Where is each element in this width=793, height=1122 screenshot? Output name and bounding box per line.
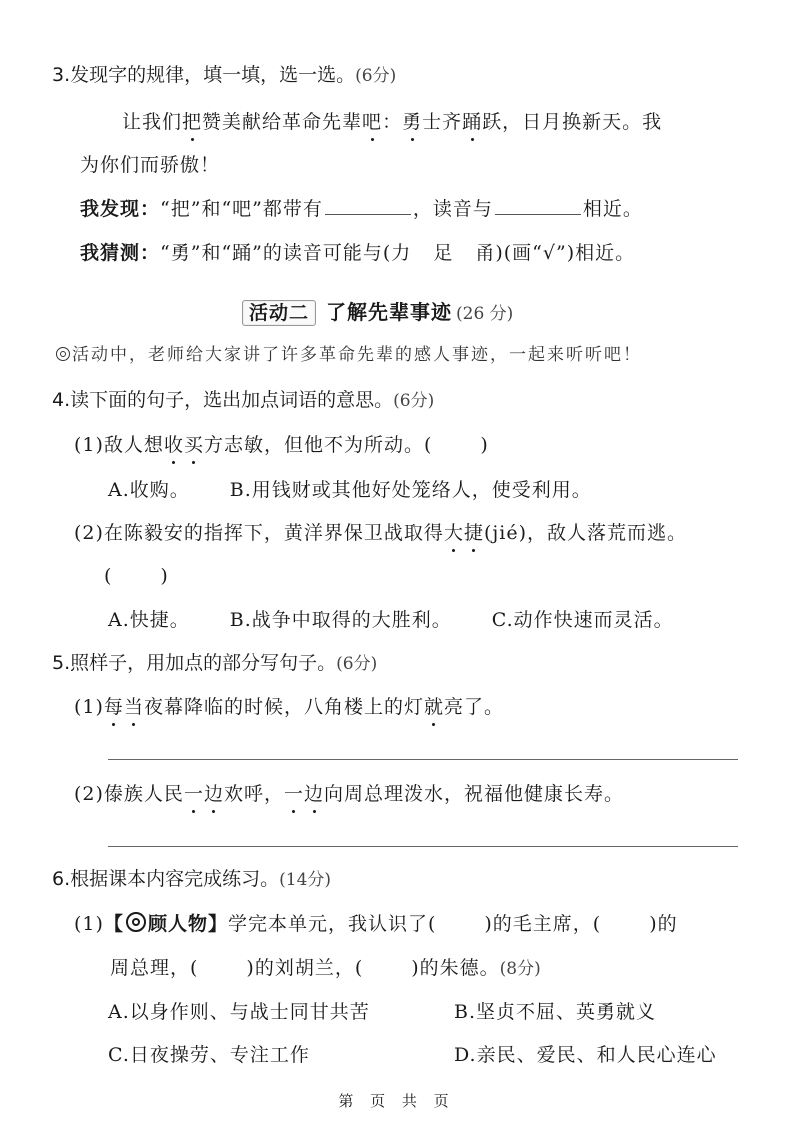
passage-text: 让我们 (122, 111, 182, 133)
dotted-char: 边 (204, 781, 224, 807)
item-text: 向周总理泼水，祝福他健康长寿。 (324, 783, 624, 805)
guess-text: )(画“√”)相近。 (495, 242, 635, 264)
bracket-open: 【 (104, 913, 124, 935)
item-label: (1) (74, 913, 104, 935)
q6-number: 6. (52, 868, 70, 890)
guess-option[interactable]: 力 (391, 242, 411, 264)
option-a[interactable]: A.快捷。 (108, 609, 190, 631)
passage-text: 跃，日月换新天。我 (482, 111, 662, 133)
q5-score: (6分) (336, 654, 377, 674)
item-text: 夜幕降临的时候，八角楼上的灯 (144, 696, 424, 718)
item-text: 学完本单元，我认识了( (228, 913, 436, 935)
q5-heading: 5.照样子，用加点的部分写句子。(6分) (52, 650, 377, 677)
q5-item1: (1)每当夜幕降临的时候，八角楼上的灯就亮了。 (74, 694, 504, 720)
dotted-char: 当 (124, 694, 144, 720)
dotted-char: 收 (164, 432, 184, 458)
dotted-char: 捷 (464, 520, 484, 546)
dotted-char: 把 (182, 109, 202, 135)
q6-options-row1: A.以身作则、与战士同甘共苦B.坚贞不屈、英勇就义 (108, 999, 656, 1025)
q4-item2: (2)在陈毅安的指挥下，黄洋界保卫战取得大捷(jié)，敌人落荒而逃。 (74, 520, 687, 546)
activity2-header: 活动二了解先辈事迹(26 分) (242, 298, 513, 328)
item-label: (2) (74, 522, 104, 544)
q3-guess: 我猜测：“勇”和“踊”的读音可能与(力足甬)(画“√”)相近。 (80, 240, 635, 266)
item-text: 欢呼， (224, 783, 284, 805)
q3-passage-line2: 为你们而骄傲！ (80, 152, 220, 178)
review-circle-icon (126, 912, 146, 932)
option-c[interactable]: C.日夜操劳、专注工作 (108, 1042, 454, 1068)
activity2-intro: 活动中，老师给大家讲了许多革命先辈的感人事迹，一起来听听吧！ (56, 342, 642, 368)
dotted-char: 一 (184, 781, 204, 807)
q4-item2-paren: () (104, 563, 169, 589)
passage-text: ： (382, 111, 402, 133)
q4-number: 4. (52, 389, 70, 411)
q4-item1-options: A.收购。B.用钱财或其他好处笼络人，使受利用。 (108, 477, 592, 503)
intro-text: 活动中，老师给大家讲了许多革命先辈的感人事迹，一起来听听吧！ (72, 345, 642, 365)
option-d[interactable]: D.亲民、爱民、和人民心连心 (454, 1044, 717, 1066)
item-text: 周总理，( (110, 957, 198, 979)
dotted-char: 边 (304, 781, 324, 807)
guess-option[interactable]: 足 (433, 242, 453, 264)
q6-title: 根据课本内容完成练习。 (70, 868, 279, 890)
activity-badge: 活动二 (242, 300, 316, 326)
passage-text: 士齐 (422, 111, 462, 133)
q6-heading: 6.根据课本内容完成练习。(14分) (52, 866, 331, 893)
dotted-char: 买 (184, 432, 204, 458)
option-a[interactable]: A.收购。 (108, 479, 190, 501)
dotted-char: 勇 (402, 109, 422, 135)
guess-option[interactable]: 甬 (475, 242, 495, 264)
q6-options-row2: C.日夜操劳、专注工作D.亲民、爱民、和人民心连心 (108, 1042, 717, 1068)
q3-title: 发现字的规律，填一填，选一选。 (70, 64, 355, 86)
discover-label: 我发现： (80, 198, 160, 220)
q4-score: (6分) (393, 391, 434, 411)
option-a[interactable]: A.以身作则、与战士同甘共苦 (108, 999, 454, 1025)
discover-text: “把”和“吧”都带有 (160, 198, 323, 220)
q3-score: (6分) (355, 66, 396, 86)
item-text: )的毛主席，( (484, 913, 601, 935)
item-label: (1) (74, 434, 104, 456)
dotted-char: 每 (104, 694, 124, 720)
q5-item2: (2)傣族人民一边欢呼，一边向周总理泼水，祝福他健康长寿。 (74, 781, 624, 807)
q4-item1: (1)敌人想收买方志敏，但他不为所动。() (74, 432, 489, 458)
q5-number: 5. (52, 652, 70, 674)
option-b[interactable]: B.战争中取得的大胜利。 (230, 609, 452, 631)
item-text: )的 (649, 913, 677, 935)
option-b[interactable]: B.坚贞不屈、英勇就义 (454, 1001, 656, 1023)
paren-open: ( (104, 565, 112, 587)
item-text: 在陈毅安的指挥下，黄洋界保卫战取得 (104, 522, 444, 544)
item-text: 敌人想 (104, 434, 164, 456)
fill-blank-2[interactable] (495, 196, 581, 215)
item-score: (8分) (500, 959, 541, 979)
fill-blank-1[interactable] (325, 196, 411, 215)
activity-score: (26 分) (456, 304, 513, 324)
q4-item2-options: A.快捷。B.战争中取得的大胜利。C.动作快速而灵活。 (108, 607, 674, 633)
q4-heading: 4.读下面的句子，选出加点词语的意思。(6分) (52, 387, 434, 414)
dotted-char: 踊 (462, 109, 482, 135)
option-c[interactable]: C.动作快速而灵活。 (492, 609, 674, 631)
item-text: 方志敏，但他不为所动。( (204, 434, 432, 456)
q3-number: 3. (52, 64, 70, 86)
q3-passage-line1: 让我们把赞美献给革命先辈吧：勇士齐踊跃，日月换新天。我 (122, 109, 662, 135)
q5-title: 照样子，用加点的部分写句子。 (70, 652, 336, 674)
paren-close: ) (160, 565, 168, 587)
q6-score: (14分) (279, 870, 331, 890)
worksheet-page: 3.发现字的规律，填一填，选一选。(6分) 让我们把赞美献给革命先辈吧：勇士齐踊… (0, 0, 793, 1122)
activity-title: 了解先辈事迹 (326, 300, 452, 324)
answer-line-1[interactable] (108, 759, 738, 760)
passage-text: 赞美献给革命先辈 (202, 111, 362, 133)
item-text: ) (480, 434, 488, 456)
item-text: )的朱德。 (411, 957, 499, 979)
q4-title: 读下面的句子，选出加点词语的意思。 (70, 389, 393, 411)
item-label: (1) (74, 696, 104, 718)
item-label: (2) (74, 783, 104, 805)
bracket-close: 】 (208, 913, 228, 935)
item-text: )的刘胡兰，( (246, 957, 363, 979)
dotted-char: 吧 (362, 109, 382, 135)
q6-item1-line2: 周总理，()的刘胡兰，()的朱德。(8分) (110, 955, 541, 982)
option-b[interactable]: B.用钱财或其他好处笼络人，使受利用。 (230, 479, 592, 501)
answer-line-2[interactable] (108, 846, 738, 847)
guess-text: “勇”和“踊”的读音可能与( (160, 242, 391, 264)
page-footer: 第 页 共 页 (0, 1090, 793, 1111)
dotted-char: 一 (284, 781, 304, 807)
item-text: 傣族人民 (104, 783, 184, 805)
q3-discover: 我发现：“把”和“吧”都带有，读音与相近。 (80, 196, 643, 222)
dotted-char: 就 (424, 694, 444, 720)
discover-text: 相近。 (583, 198, 643, 220)
guess-label: 我猜测： (80, 242, 160, 264)
section-tag: 顾人物 (148, 913, 208, 935)
item-text: (jié)，敌人落荒而逃。 (484, 522, 687, 544)
dotted-char: 大 (444, 520, 464, 546)
discover-text: ，读音与 (413, 198, 493, 220)
q3-heading: 3.发现字的规律，填一填，选一选。(6分) (52, 62, 396, 89)
double-circle-icon (56, 347, 70, 361)
item-text: 亮了。 (444, 696, 504, 718)
q6-item1-line1: (1)【顾人物】学完本单元，我认识了()的毛主席，()的 (74, 911, 678, 937)
